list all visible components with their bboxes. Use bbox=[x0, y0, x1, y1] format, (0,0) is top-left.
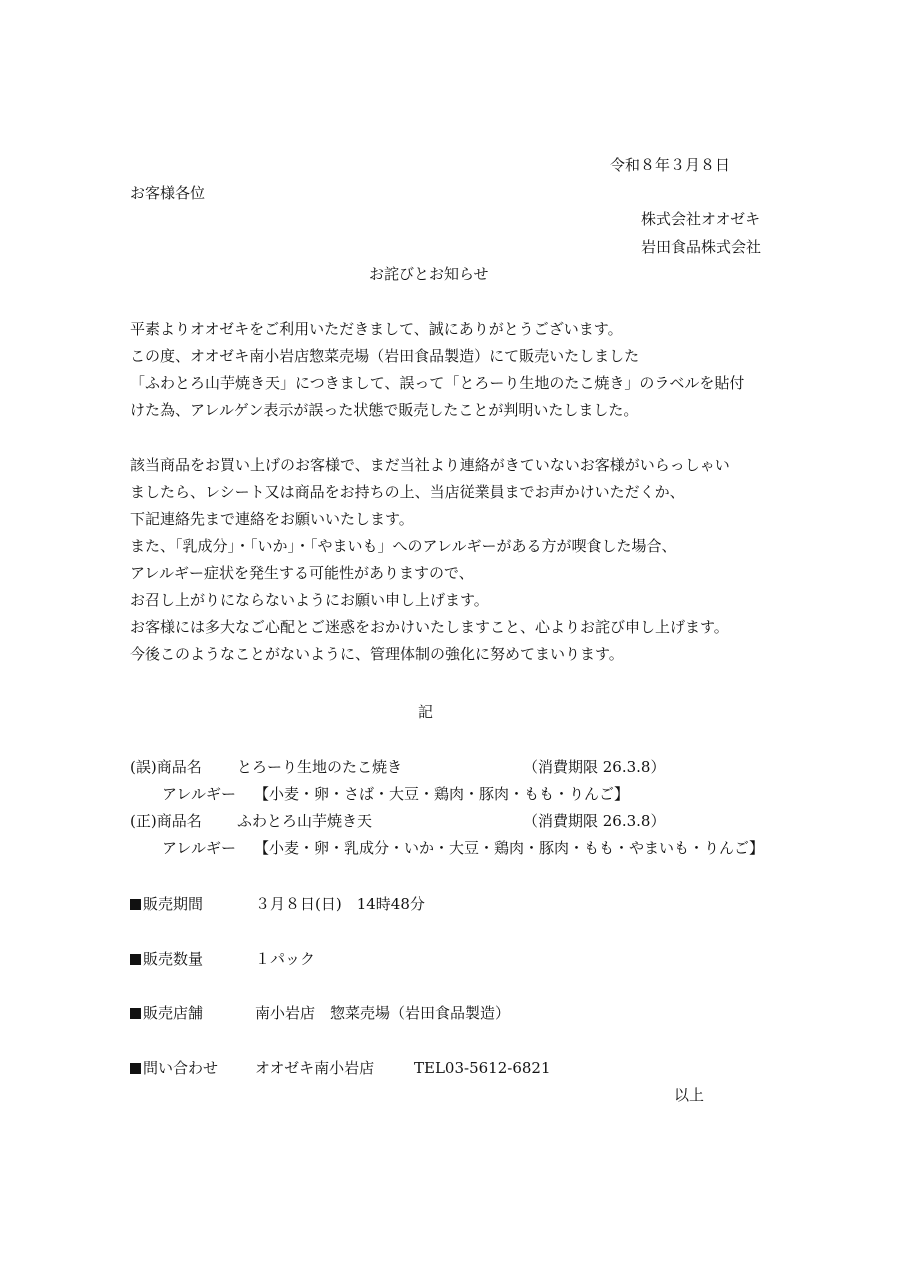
correct-product-name: ふわとろ山芋焼き天 bbox=[237, 811, 372, 831]
correct-product-label: (正)商品名 bbox=[130, 811, 202, 831]
text-line: この度、オオゼキ南小岩店惣菜売場（岩田食品製造）にて販売いたしました bbox=[130, 346, 744, 373]
contact-phone: TEL03-5612-6821 bbox=[414, 1058, 551, 1078]
text-line: 該当商品をお買い上げのお客様で、まだ当社より連絡がきていないお客様がいらっしゃい bbox=[130, 455, 730, 482]
black-square-bullet-icon bbox=[130, 1063, 141, 1074]
paragraph-request: 該当商品をお買い上げのお客様で、まだ当社より連絡がきていないお客様がいらっしゃい… bbox=[130, 455, 730, 671]
black-square-bullet-icon bbox=[130, 954, 141, 965]
text-line: ましたら、レシート又は商品をお持ちの上、当店従業員までお声かけいただくか、 bbox=[130, 482, 730, 509]
detail-value: １パック bbox=[255, 949, 315, 969]
correct-product-row: (正)商品名 ふわとろ山芋焼き天 （消費期限 26.3.8） bbox=[130, 811, 830, 831]
text-line: 「ふわとろ山芋焼き天」につきまして、誤って「とろーり生地のたこ焼き」のラベルを貼… bbox=[130, 373, 744, 400]
detail-label: 販売期間 bbox=[130, 894, 203, 914]
wrong-allergy-label: アレルギー bbox=[162, 784, 236, 804]
closing-ijou: 以上 bbox=[674, 1085, 704, 1105]
sender-iwata: 岩田食品株式会社 bbox=[641, 237, 761, 257]
detail-value: 南小岩店 惣菜売場（岩田食品製造） bbox=[255, 1003, 510, 1023]
correct-product-expiry: （消費期限 26.3.8） bbox=[523, 811, 665, 831]
date: 令和８年３月８日 bbox=[610, 155, 730, 175]
text-line: 今後このようなことがないように、管理体制の強化に努めてまいります。 bbox=[130, 644, 730, 671]
wrong-product-label: (誤)商品名 bbox=[130, 757, 202, 777]
black-square-bullet-icon bbox=[130, 1008, 141, 1019]
ki-heading: 記 bbox=[418, 702, 433, 722]
text-line: 下記連絡先まで連絡をお願いいたします。 bbox=[130, 509, 730, 536]
text-line: 平素よりオオゼキをご利用いただきまして、誠にありがとうございます。 bbox=[130, 319, 744, 346]
text-line: けた為、アレルゲン表示が誤った状態で販売したことが判明いたしました。 bbox=[130, 400, 744, 427]
addressee: お客様各位 bbox=[130, 183, 205, 203]
detail-value: オオゼキ南小岩店 bbox=[255, 1058, 374, 1078]
correct-allergy-label: アレルギー bbox=[162, 838, 236, 858]
text-line: アレルギー症状を発生する可能性がありますので、 bbox=[130, 563, 730, 590]
detail-label: 販売数量 bbox=[130, 949, 203, 969]
text-line: また、「乳成分」・「いか」・「やまいも」へのアレルギーがある方が喫食した場合、 bbox=[130, 536, 730, 563]
detail-label: 販売店舗 bbox=[130, 1003, 203, 1023]
text-line: お召し上がりにならないようにお願い申し上げます。 bbox=[130, 590, 730, 617]
wrong-allergy-row: アレルギー 【小麦・卵・さば・大豆・鶏肉・豚肉・もも・りんご】 bbox=[130, 784, 830, 804]
detail-sales-period: 販売期間 ３月８日(日) 14時48分 bbox=[130, 894, 830, 914]
wrong-product-expiry: （消費期限 26.3.8） bbox=[523, 757, 665, 777]
black-square-bullet-icon bbox=[130, 899, 141, 910]
correct-allergens: 【小麦・卵・乳成分・いか・大豆・鶏肉・豚肉・もも・やまいも・りんご】 bbox=[254, 838, 764, 858]
detail-sales-quantity: 販売数量 １パック bbox=[130, 949, 830, 969]
detail-inquiry: 問い合わせ オオゼキ南小岩店 TEL03-5612-6821 bbox=[130, 1058, 830, 1078]
wrong-allergens: 【小麦・卵・さば・大豆・鶏肉・豚肉・もも・りんご】 bbox=[254, 784, 629, 804]
text-line: お客様には多大なご心配とご迷惑をおかけいたしますこと、心よりお詫び申し上げます。 bbox=[130, 617, 730, 644]
wrong-product-name: とろーり生地のたこ焼き bbox=[237, 757, 402, 777]
sender-oozeki: 株式会社オオゼキ bbox=[641, 209, 760, 229]
detail-sales-store: 販売店舗 南小岩店 惣菜売場（岩田食品製造） bbox=[130, 1003, 830, 1023]
document-title: お詫びとお知らせ bbox=[369, 264, 489, 284]
detail-value: ３月８日(日) 14時48分 bbox=[255, 894, 425, 914]
wrong-product-row: (誤)商品名 とろーり生地のたこ焼き （消費期限 26.3.8） bbox=[130, 757, 830, 777]
detail-label: 問い合わせ bbox=[130, 1058, 218, 1078]
correct-allergy-row: アレルギー 【小麦・卵・乳成分・いか・大豆・鶏肉・豚肉・もも・やまいも・りんご】 bbox=[130, 838, 830, 858]
paragraph-apology-intro: 平素よりオオゼキをご利用いただきまして、誠にありがとうございます。 この度、オオ… bbox=[130, 319, 744, 427]
